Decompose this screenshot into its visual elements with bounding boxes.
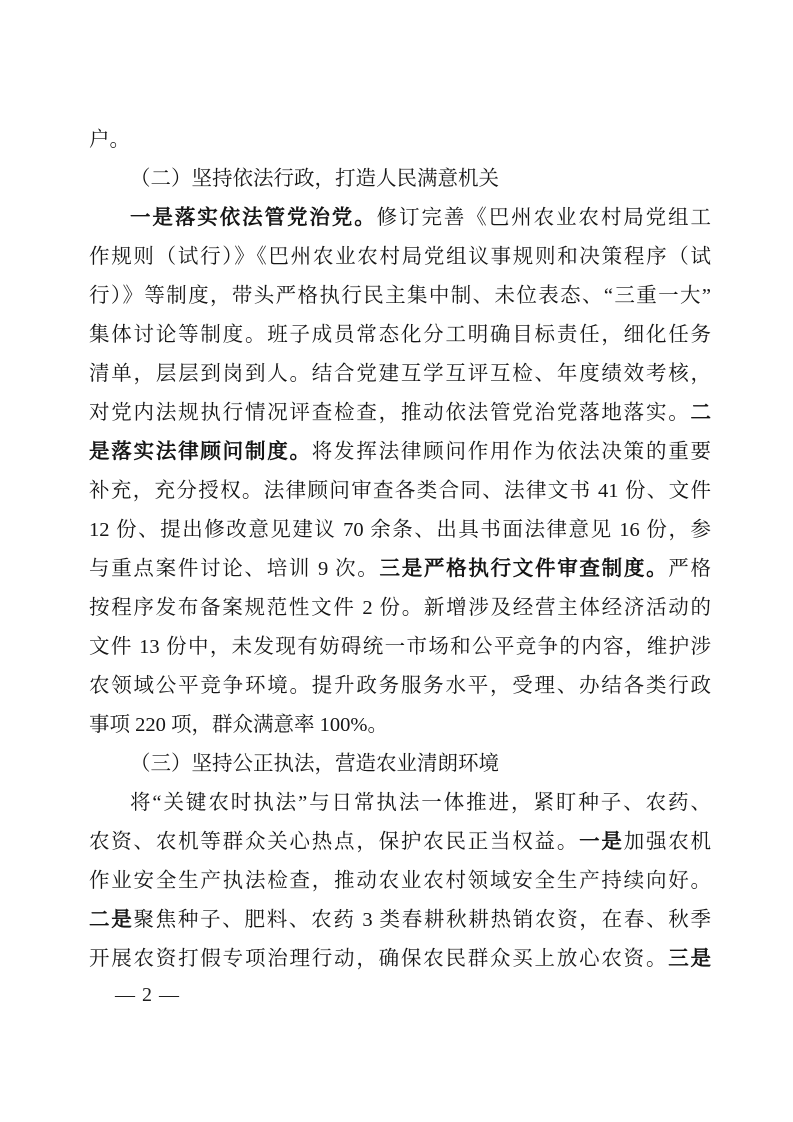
text-segment: 修订完善《巴州农业农村局党组工: [377, 207, 711, 229]
text-segment: 行）》等制度，带头严格执行民主集中制、未位表态、“三重一大”: [89, 285, 711, 307]
section-heading: （三）坚持公正执法，营造农业清朗环境: [89, 745, 711, 784]
text-segment: 事项 220 项，群众满意率 100%。: [89, 714, 388, 736]
text-segment: 聚焦种子、肥料、农药 3 类春耕秋耕热销农资，在春、秋季: [133, 909, 711, 931]
text-line: 户。: [89, 121, 711, 160]
text-segment: （三）坚持公正执法，营造农业清朗环境: [130, 753, 499, 775]
bold-emphasis: 是落实法律顾问制度。: [89, 441, 312, 463]
text-segment: 开展农资打假专项治理行动，确保农民群众买上放心农资。: [89, 948, 668, 970]
text-line: 与重点案件讨论、培训 9 次。三是严格执行文件审查制度。严格: [89, 550, 711, 589]
text-line: 开展农资打假专项治理行动，确保农民群众买上放心农资。三是: [89, 940, 711, 979]
text-line: 对党内法规执行情况评查检查，推动依法管党治党落地落实。二: [89, 394, 711, 433]
text-segment: 清单，层层到岗到人。结合党建互学互评互检、年度绩效考核，: [89, 363, 711, 385]
text-segment: 户。: [89, 129, 130, 151]
text-line: 事项 220 项，群众满意率 100%。: [89, 706, 711, 745]
bold-emphasis: 二: [691, 402, 712, 424]
text-segment: 文件 13 份中，未发现有妨碍统一市场和公平竞争的内容，维护涉: [89, 636, 711, 658]
text-segment: 对党内法规执行情况评查检查，推动依法管党治党落地落实。: [89, 402, 691, 424]
text-line: 一是落实依法管党治党。修订完善《巴州农业农村局党组工: [89, 199, 711, 238]
text-line: 作业安全生产执法检查，推动农业农村领域安全生产持续向好。: [89, 862, 711, 901]
text-segment: 与重点案件讨论、培训 9 次。: [89, 558, 380, 580]
bold-emphasis: 一是落实依法管党治党。: [130, 207, 377, 229]
bold-emphasis: 二是: [89, 909, 133, 931]
text-line: 行）》等制度，带头严格执行民主集中制、未位表态、“三重一大”: [89, 277, 711, 316]
text-line: 按程序发布备案规范性文件 2 份。新增涉及经营主体经济活动的: [89, 589, 711, 628]
text-line: 12 份、提出修改意见建议 70 余条、出具书面法律意见 16 份，参: [89, 511, 711, 550]
document-page: 户。（二）坚持依法行政，打造人民满意机关一是落实依法管党治党。修订完善《巴州农业…: [0, 0, 793, 1122]
text-segment: 加强农机: [624, 831, 711, 853]
text-line: 农领域公平竞争环境。提升政务服务水平，受理、办结各类行政: [89, 667, 711, 706]
text-segment: 将发挥法律顾问作用作为依法决策的重要: [312, 441, 711, 463]
bold-emphasis: 三是: [668, 948, 711, 970]
text-line: 清单，层层到岗到人。结合党建互学互评互检、年度绩效考核，: [89, 355, 711, 394]
text-segment: 将“关键农时执法”与日常执法一体推进，紧盯种子、农药、: [130, 792, 711, 814]
text-segment: 农领域公平竞争环境。提升政务服务水平，受理、办结各类行政: [89, 675, 711, 697]
text-line: 集体讨论等制度。班子成员常态化分工明确目标责任，细化任务: [89, 316, 711, 355]
text-line: 农资、农机等群众关心热点，保护农民正当权益。一是加强农机: [89, 823, 711, 862]
bold-emphasis: 三是严格执行文件审查制度。: [380, 558, 669, 580]
text-line: 将“关键农时执法”与日常执法一体推进，紧盯种子、农药、: [89, 784, 711, 823]
text-segment: 按程序发布备案规范性文件 2 份。新增涉及经营主体经济活动的: [89, 597, 711, 619]
text-line: 补充，充分授权。法律顾问审查各类合同、法律文书 41 份、文件: [89, 472, 711, 511]
page-number: — 2 —: [115, 982, 180, 1008]
paragraph-continuation: 户。: [89, 121, 711, 160]
document-body: 户。（二）坚持依法行政，打造人民满意机关一是落实依法管党治党。修订完善《巴州农业…: [89, 121, 711, 979]
text-segment: 作规则（试行）》《巴州农业农村局党组议事规则和决策程序（试: [89, 246, 711, 268]
text-line: 文件 13 份中，未发现有妨碍统一市场和公平竞争的内容，维护涉: [89, 628, 711, 667]
text-line: 作规则（试行）》《巴州农业农村局党组议事规则和决策程序（试: [89, 238, 711, 277]
text-segment: 严格: [668, 558, 711, 580]
text-line: 二是聚焦种子、肥料、农药 3 类春耕秋耕热销农资，在春、秋季: [89, 901, 711, 940]
text-segment: 补充，充分授权。法律顾问审查各类合同、法律文书 41 份、文件: [89, 480, 711, 502]
section-heading: （二）坚持依法行政，打造人民满意机关: [89, 160, 711, 199]
text-line: （三）坚持公正执法，营造农业清朗环境: [89, 745, 711, 784]
text-segment: 12 份、提出修改意见建议 70 余条、出具书面法律意见 16 份，参: [89, 519, 711, 541]
text-line: 是落实法律顾问制度。将发挥法律顾问作用作为依法决策的重要: [89, 433, 711, 472]
paragraph: 一是落实依法管党治党。修订完善《巴州农业农村局党组工作规则（试行）》《巴州农业农…: [89, 199, 711, 745]
text-segment: 集体讨论等制度。班子成员常态化分工明确目标责任，细化任务: [89, 324, 711, 346]
text-segment: 农资、农机等群众关心热点，保护农民正当权益。: [89, 831, 579, 853]
bold-emphasis: 一是: [579, 831, 624, 853]
text-segment: （二）坚持依法行政，打造人民满意机关: [130, 168, 499, 190]
paragraph: 将“关键农时执法”与日常执法一体推进，紧盯种子、农药、农资、农机等群众关心热点，…: [89, 784, 711, 979]
text-line: （二）坚持依法行政，打造人民满意机关: [89, 160, 711, 199]
text-segment: 作业安全生产执法检查，推动农业农村领域安全生产持续向好。: [89, 870, 711, 892]
